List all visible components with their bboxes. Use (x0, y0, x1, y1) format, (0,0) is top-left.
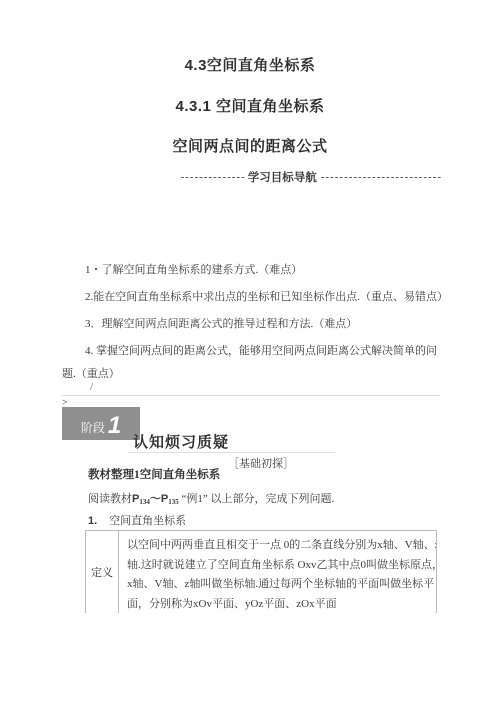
page-range-tilde: ～ (150, 493, 161, 505)
definition-line-4: 面，分别称为xOv平面、yOz平面、zOx平面 (127, 595, 432, 614)
objective-4-line2: 题.（重点） (62, 365, 120, 381)
divider-label: 学习目标导航 (248, 169, 317, 185)
objective-2-text: 2.能在空间直角坐标系中求出点的坐标和已知坐标作出点. (85, 288, 360, 304)
stray-slash-mark: / (90, 381, 93, 393)
section-tag: ［基础初探］ (228, 455, 294, 471)
definition-line-2: 轴.这时就说建立了空间直角坐标系 Oxv乙其中点0叫做坐标原点， (127, 556, 432, 576)
item-number: 1. (88, 515, 97, 527)
page-title: 4.3空间直角坐标系 (0, 54, 500, 75)
page-ref-1-subscript: 134 (139, 498, 150, 506)
page-third-title: 空间两点间的距离公式 (0, 135, 500, 156)
reading-prefix: 阅读教材 (88, 493, 132, 505)
objective-2-tag: （重点、易错点） (360, 288, 448, 304)
divider-left-dashes: -------------- (180, 171, 245, 183)
definition-line-3: x轴、V轴、z轴叫做坐标轴.通过每两个坐标轴的平面叫做坐标平 (127, 575, 432, 595)
table-definition-cell: 以空间中两两垂直且相交于一点 0的二条直线分别为x轴、V轴、z 轴.这时就说建立… (119, 531, 436, 613)
objective-3: 3．理解空间两点间距离公式的推导过程和方法.（难点） (85, 315, 357, 331)
numbered-item-coordinate-system: 1.空间直角坐标系 (88, 512, 186, 528)
item-title: 空间直角坐标系 (109, 515, 186, 527)
page-subtitle: 4.3.1 空间直角坐标系 (0, 95, 500, 116)
chevron-right-icon: > (62, 397, 67, 407)
section-title: 认知烦习质疑 (133, 431, 229, 452)
table-row-header: 定义 (86, 531, 119, 613)
stage-badge-number: 1 (108, 414, 121, 438)
stage-badge: 阶段 1 (62, 407, 140, 440)
reading-instruction: 阅读教材P134～P135 “例1” 以上部分，完成下列问题. (88, 490, 334, 506)
objective-2: 2.能在空间直角坐标系中求出点的坐标和已知坐标作出点. （重点、易错点） (85, 288, 443, 304)
reading-suffix: “例1” 以上部分，完成下列问题. (179, 493, 335, 505)
section-divider-rule (62, 395, 440, 396)
divider-right-dashes: -------------------------- (321, 171, 442, 183)
document-page: 4.3空间直角坐标系 4.3.1 空间直角坐标系 空间两点间的距离公式 ----… (0, 0, 500, 708)
learning-goals-divider: -------------- 学习目标导航 ------------------… (62, 169, 442, 185)
objective-4-line1: 4. 掌握空间两点间的距离公式，能够用空间两点间距离公式解决简单的问 (85, 342, 437, 358)
page-ref-2-subscript: 135 (168, 498, 179, 506)
section-title-underline (128, 452, 335, 453)
definition-line-1: 以空间中两两垂直且相交于一点 0的二条直线分别为x轴、V轴、z (127, 536, 432, 556)
objective-1: 1・了解空间直角坐标系的建系方式.（难点） (85, 261, 302, 277)
definition-table: 定义 以空间中两两垂直且相交于一点 0的二条直线分别为x轴、V轴、z 轴.这时就… (85, 530, 437, 613)
stage-badge-label: 阶段 (81, 420, 105, 437)
material-heading: 教材整理1空间直角坐标系 (88, 466, 220, 482)
